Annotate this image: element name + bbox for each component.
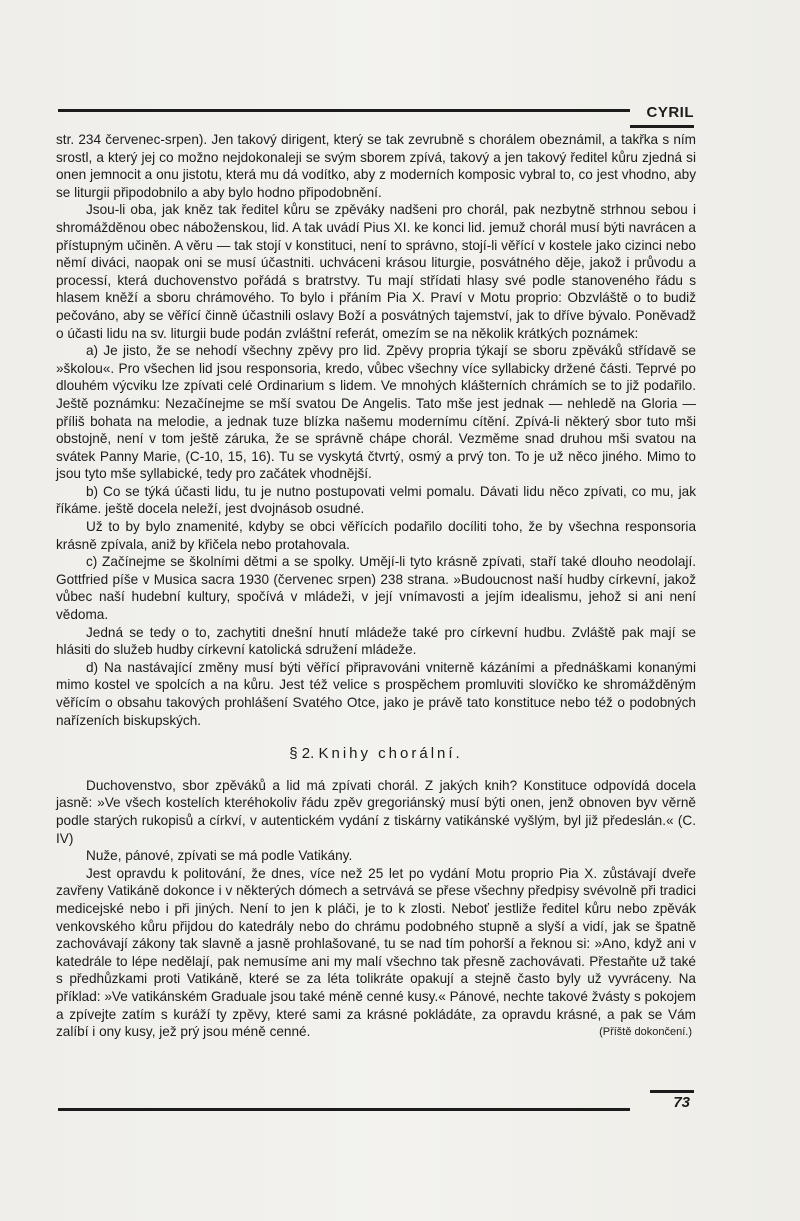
section-number: § 2. [289, 745, 314, 762]
paragraph: str. 234 červenec-srpen). Jen takový dir… [56, 131, 696, 201]
paragraph: d) Na nastávající změny musí býti věřící… [56, 659, 696, 729]
page-footer: 73 [58, 1090, 696, 1120]
paragraph: c) Začínejme se školními dětmi a se spol… [56, 553, 696, 623]
document-page: CYRIL str. 234 červenec-srpen). Jen tako… [0, 0, 800, 1221]
paragraph: Jsou-li oba, jak kněz tak ředitel kůru s… [56, 201, 696, 342]
paragraph: Už to by bylo znamenité, kdyby se obci v… [56, 518, 696, 553]
paragraph: Nuže, pánové, zpívati se má podle Vatiká… [56, 847, 696, 865]
journal-title: CYRIL [647, 104, 695, 121]
paragraph: a) Je jisto, že se nehodí všechny zpěvy … [56, 342, 696, 483]
section-title: Knihy chorální. [318, 745, 462, 762]
page-header: CYRIL [58, 100, 696, 130]
article-body: str. 234 červenec-srpen). Jen takový dir… [56, 131, 696, 1041]
paragraph: Duchovenstvo, sbor zpěváků a lid má zpív… [56, 777, 696, 847]
section-heading: § 2. Knihy chorální. [56, 745, 696, 763]
paragraph: b) Co se týká účasti lidu, tu je nutno p… [56, 483, 696, 518]
page-number: 73 [673, 1094, 690, 1111]
paragraph: Jedná se tedy o to, zachytiti dnešní hnu… [56, 624, 696, 659]
header-rule [58, 109, 630, 112]
title-underline [630, 125, 694, 128]
paragraph: Jest opravdu k politování, že dnes, více… [56, 865, 696, 1041]
page-number-overline [650, 1090, 694, 1093]
footer-rule [58, 1108, 630, 1111]
